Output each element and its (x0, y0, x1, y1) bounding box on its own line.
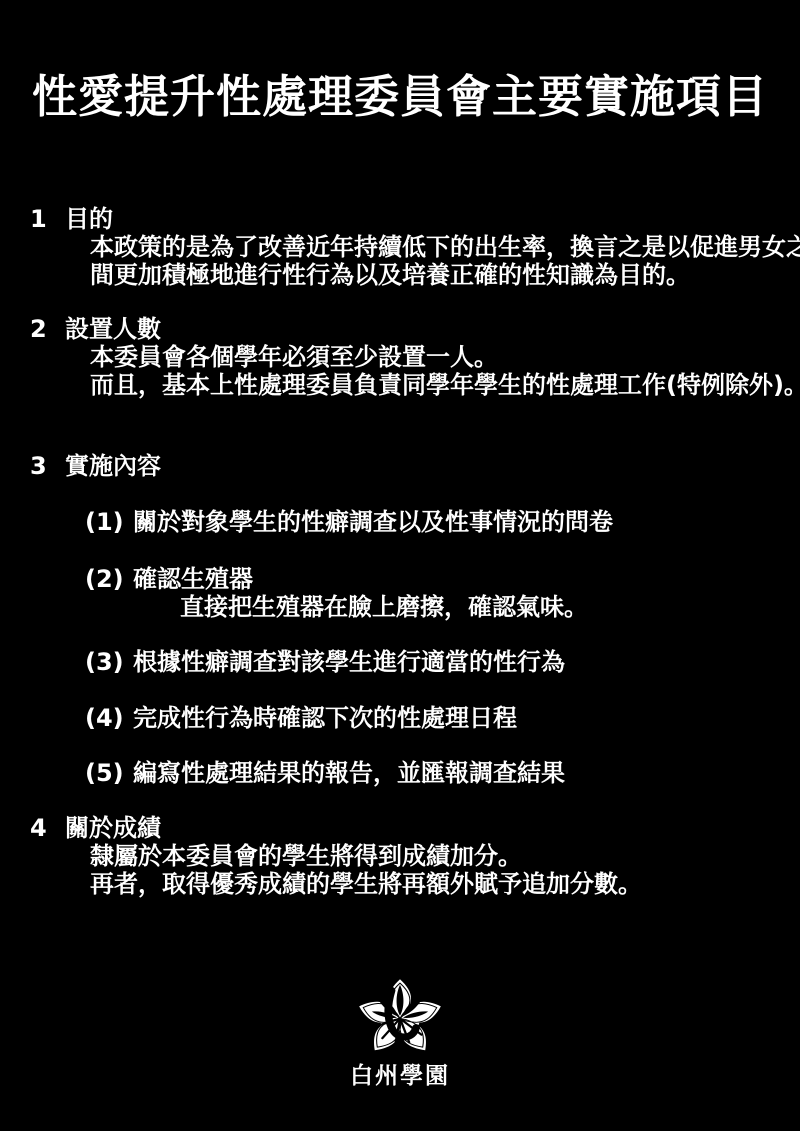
body-line: 本政策的是為了改善近年持續低下的出生率，換言之是以促進男女之 (90, 233, 800, 261)
list-item: (5)編寫性處理結果的報告，並匯報調查結果 (85, 759, 800, 787)
section-number: 3 (30, 452, 65, 480)
item-label: (1) (85, 508, 133, 536)
item-subtext: 直接把生殖器在臉上磨擦，確認氣味。 (180, 593, 800, 621)
section-heading: 設置人數 (65, 315, 161, 343)
section-purpose-body: 本政策的是為了改善近年持續低下的出生率，換言之是以促進男女之 間更加積極地進行性… (90, 233, 800, 289)
list-item: (2)確認生殖器 直接把生殖器在臉上磨擦，確認氣味。 (85, 565, 800, 621)
body-line: 再者，取得優秀成績的學生將再額外賦予追加分數。 (90, 870, 800, 898)
school-crest-icon (354, 975, 446, 1055)
item-label: (3) (85, 648, 133, 676)
item-label: (5) (85, 759, 133, 787)
section-staffing: 2 設置人數 本委員會各個學年必須至少設置一人。 而且，基本上性處理委員負責同學… (0, 315, 800, 399)
sections: 1 目的 本政策的是為了改善近年持續低下的出生率，換言之是以促進男女之 間更加積… (0, 205, 800, 898)
section-number: 1 (30, 205, 65, 233)
list-item: (4)完成性行為時確認下次的性處理日程 (85, 704, 800, 732)
body-line: 隸屬於本委員會的學生將得到成績加分。 (90, 842, 800, 870)
school-name: 白州學園 (0, 1057, 800, 1090)
section-number: 4 (30, 814, 65, 842)
item-text: 根據性癖調查對該學生進行適當的性行為 (133, 648, 565, 676)
section-heading: 實施內容 (65, 452, 161, 480)
policy-document-page: 性愛提升性處理委員會主要實施項目 1 目的 本政策的是為了改善近年持續低下的出生… (0, 0, 800, 1131)
section-grades: 4 關於成績 隸屬於本委員會的學生將得到成績加分。 再者，取得優秀成績的學生將再… (0, 814, 800, 898)
section-heading: 關於成績 (65, 814, 161, 842)
section-implementation-header: 3 實施內容 (30, 452, 800, 480)
section-grades-body: 隸屬於本委員會的學生將得到成績加分。 再者，取得優秀成績的學生將再額外賦予追加分… (90, 842, 800, 898)
body-line: 本委員會各個學年必須至少設置一人。 (90, 343, 800, 371)
body-line: 而且，基本上性處理委員負責同學年學生的性處理工作(特例除外)。 (90, 371, 800, 399)
section-heading: 目的 (65, 205, 113, 233)
section-staffing-body: 本委員會各個學年必須至少設置一人。 而且，基本上性處理委員負責同學年學生的性處理… (90, 343, 800, 399)
item-label: (4) (85, 704, 133, 732)
list-item: (3)根據性癖調查對該學生進行適當的性行為 (85, 648, 800, 676)
section-number: 2 (30, 315, 65, 343)
item-text: 完成性行為時確認下次的性處理日程 (133, 704, 517, 732)
section-grades-header: 4 關於成績 (30, 814, 800, 842)
footer: 白州學園 (0, 975, 800, 1090)
section-implementation: 3 實施內容 (1)關於對象學生的性癖調查以及性事情況的問卷 (2)確認生殖器 … (0, 452, 800, 787)
section-purpose: 1 目的 本政策的是為了改善近年持續低下的出生率，換言之是以促進男女之 間更加積… (0, 205, 800, 289)
item-text: 確認生殖器 (133, 565, 253, 593)
item-label: (2) (85, 565, 133, 593)
section-purpose-header: 1 目的 (30, 205, 800, 233)
body-line: 間更加積極地進行性行為以及培養正確的性知識為目的。 (90, 261, 800, 289)
item-text: 關於對象學生的性癖調查以及性事情況的問卷 (133, 508, 613, 536)
section-staffing-header: 2 設置人數 (30, 315, 800, 343)
list-item: (1)關於對象學生的性癖調查以及性事情況的問卷 (85, 508, 800, 536)
page-title: 性愛提升性處理委員會主要實施項目 (0, 0, 800, 124)
item-text: 編寫性處理結果的報告，並匯報調查結果 (133, 759, 565, 787)
